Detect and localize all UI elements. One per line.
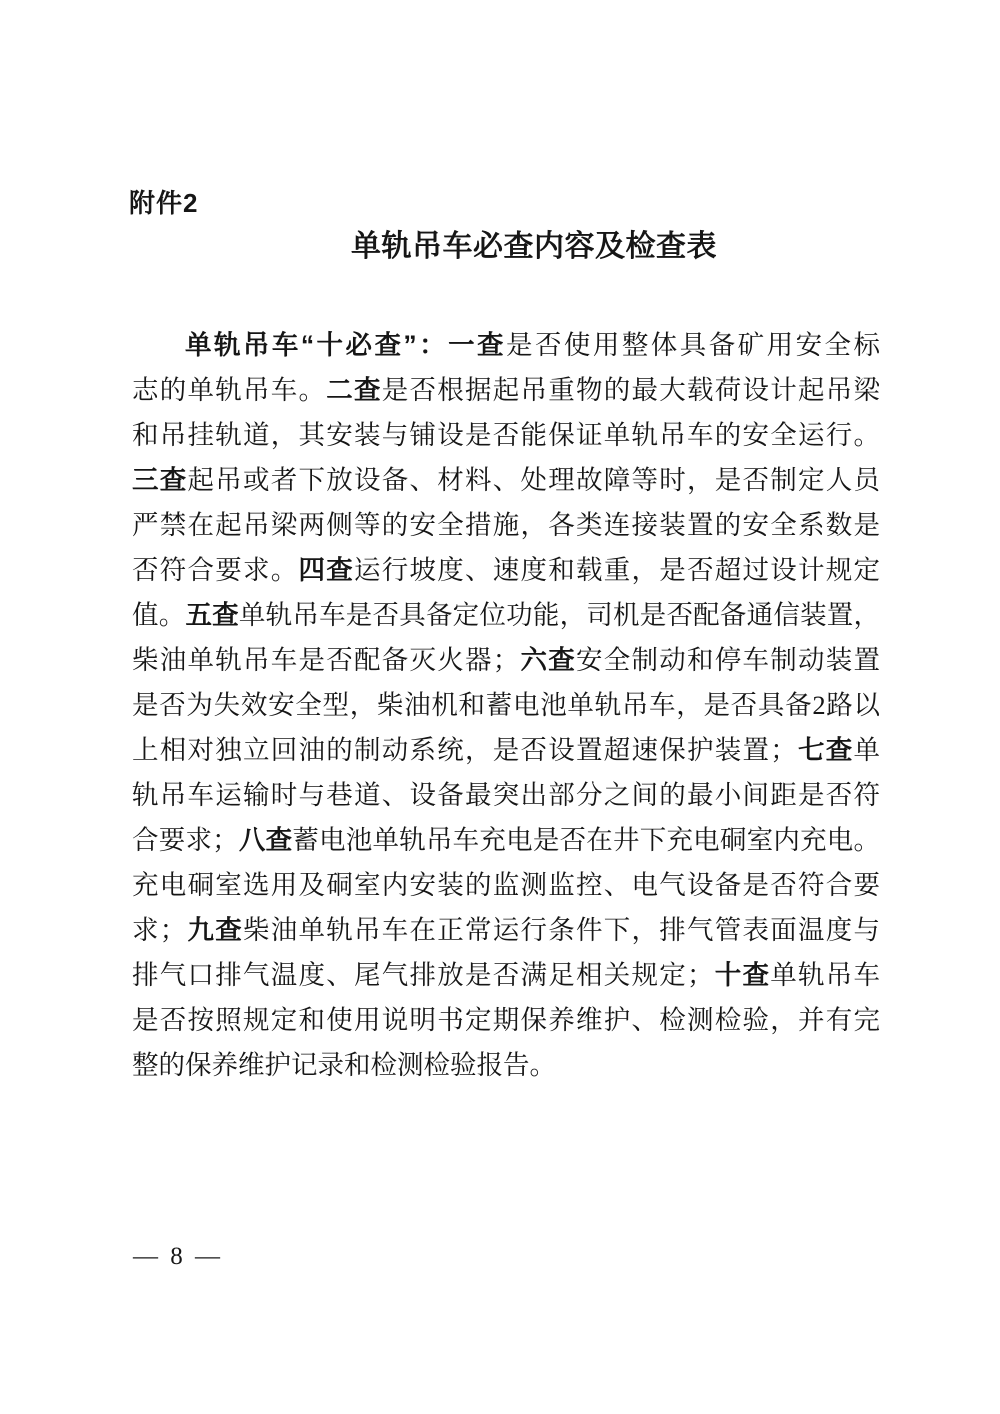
- emphasis-text: 四查: [299, 555, 355, 585]
- paragraph-line: 求；九查柴油单轨吊车在正常运行条件下，排气管表面温度与: [132, 908, 880, 953]
- body-text: 志的单轨吊车。: [132, 375, 326, 405]
- paragraph-line: 是否为失效安全型，柴油机和蓄电池单轨吊车，是否具备2路以: [132, 683, 880, 728]
- paragraph-line: 和吊挂轨道，其安装与铺设是否能保证单轨吊车的安全运行。: [132, 413, 880, 458]
- body-text: 单: [854, 735, 881, 765]
- paragraph-line: 充电硐室选用及硐室内安装的监测监控、电气设备是否符合要: [132, 863, 880, 908]
- body-text: 单轨吊车是否具备定位功能，司机是否配备通信装置，: [239, 600, 880, 630]
- emphasis-text: 六查: [519, 645, 576, 675]
- paragraph-line: 严禁在起吊梁两侧等的安全措施，各类连接装置的安全系数是: [132, 503, 880, 548]
- body-text: 安全制动和停车制动装置: [576, 645, 880, 675]
- paragraph-line: 值。五查单轨吊车是否具备定位功能，司机是否配备通信装置，: [132, 593, 880, 638]
- body-text: 柴油单轨吊车是否配备灭火器；: [132, 645, 519, 675]
- emphasis-text: 五查: [185, 600, 238, 630]
- body-text: 是否根据起吊重物的最大载荷设计起吊梁: [382, 375, 880, 405]
- emphasis-text: 三查: [132, 465, 188, 495]
- paragraph-line: 排气口排气温度、尾气排放是否满足相关规定；十查单轨吊车: [132, 953, 880, 998]
- body-text: 是否为失效安全型，柴油机和蓄电池单轨吊车，是否具备2路以: [132, 690, 880, 720]
- body-text: 求；: [132, 915, 186, 945]
- paragraph-line: 上相对独立回油的制动系统，是否设置超速保护装置；七查单: [132, 728, 880, 773]
- body-text: 排气口排气温度、尾气排放是否满足相关规定；: [132, 960, 714, 990]
- body-text: 整的保养维护记录和检测检验报告。: [132, 1050, 556, 1080]
- body-text: 轨吊车运输时与巷道、设备最突出部分之间的最小间距是否符: [132, 780, 880, 810]
- body-paragraph: 单轨吊车“十必查”：一查是否使用整体具备矿用安全标志的单轨吊车。二查是否根据起吊…: [132, 323, 880, 1088]
- paragraph-line: 志的单轨吊车。二查是否根据起吊重物的最大载荷设计起吊梁: [132, 368, 880, 413]
- body-text: 充电硐室选用及硐室内安装的监测监控、电气设备是否符合要: [132, 870, 880, 900]
- emphasis-text: 单轨吊车“十必查”：: [185, 330, 448, 360]
- body-text: 蓄电池单轨吊车充电是否在井下充电硐室内充电。: [292, 825, 880, 855]
- paragraph-line: 是否按照规定和使用说明书定期保养维护、检测检验，并有完: [132, 998, 880, 1043]
- paragraph-line: 否符合要求。四查运行坡度、速度和载重，是否超过设计规定: [132, 548, 880, 593]
- body-text: 值。: [132, 600, 185, 630]
- body-text: 否符合要求。: [132, 555, 299, 585]
- paragraph-line: 三查起吊或者下放设备、材料、处理故障等时，是否制定人员: [132, 458, 880, 503]
- body-text: 单轨吊车: [770, 960, 880, 990]
- emphasis-text: 九查: [186, 915, 243, 945]
- emphasis-text: 一查: [448, 330, 506, 360]
- paragraph-line: 合要求；八查蓄电池单轨吊车充电是否在井下充电硐室内充电。: [132, 818, 880, 863]
- body-text: 上相对独立回油的制动系统，是否设置超速保护装置；: [132, 735, 797, 765]
- emphasis-text: 七查: [797, 735, 854, 765]
- paragraph-line: 单轨吊车“十必查”：一查是否使用整体具备矿用安全标: [132, 323, 880, 368]
- paragraph-line: 柴油单轨吊车是否配备灭火器；六查安全制动和停车制动装置: [132, 638, 880, 683]
- emphasis-text: 十查: [714, 960, 771, 990]
- body-text: 是否按照规定和使用说明书定期保养维护、检测检验，并有完: [132, 1005, 880, 1035]
- page-number: — 8 —: [133, 1243, 223, 1271]
- paragraph-line: 轨吊车运输时与巷道、设备最突出部分之间的最小间距是否符: [132, 773, 880, 818]
- attachment-label: 附件2: [129, 188, 198, 218]
- body-text: 柴油单轨吊车在正常运行条件下，排气管表面温度与: [243, 915, 880, 945]
- document-page: 附件2 单轨吊车必查内容及检查表 单轨吊车“十必查”：一查是否使用整体具备矿用安…: [0, 0, 1000, 1414]
- body-text: 和吊挂轨道，其安装与铺设是否能保证单轨吊车的安全运行。: [132, 420, 880, 450]
- body-text: 合要求；: [132, 825, 239, 855]
- body-text: 运行坡度、速度和载重，是否超过设计规定: [354, 555, 880, 585]
- body-text: 起吊或者下放设备、材料、处理故障等时，是否制定人员: [188, 465, 881, 495]
- body-text: 是否使用整体具备矿用安全标: [506, 330, 880, 360]
- document-title: 单轨吊车必查内容及检查表: [0, 227, 1000, 267]
- body-text: 严禁在起吊梁两侧等的安全措施，各类连接装置的安全系数是: [132, 510, 880, 540]
- paragraph-line: 整的保养维护记录和检测检验报告。: [132, 1043, 880, 1088]
- emphasis-text: 八查: [239, 825, 293, 855]
- emphasis-text: 二查: [326, 375, 382, 405]
